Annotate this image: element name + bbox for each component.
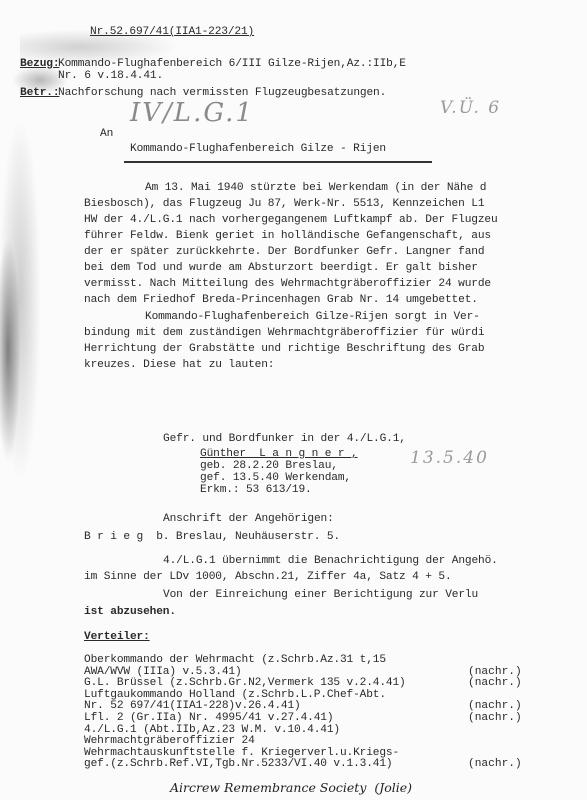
- notify-line-2: im Sinne der LDv 1000, Abschn.21, Ziffer…: [84, 571, 452, 584]
- distribution-item-note: (nachr.): [468, 712, 522, 725]
- an-label: An: [100, 128, 113, 141]
- inscription-line-1: Gefr. und Bordfunker in der 4./L.G.1,: [163, 433, 406, 446]
- handwritten-recipient: IV/L.G.1: [130, 98, 254, 128]
- body-line: der er später zurückkehrte. Der Bordfunk…: [84, 246, 484, 259]
- body-line: Am 13. Mai 1940 stürzte bei Werkendam (i…: [145, 182, 486, 195]
- body-line: vermisst. Nach Mitteilung des Wehrmachtg…: [84, 278, 491, 291]
- body-line: bei dem Tod und wurde am Absturzort beer…: [84, 262, 478, 275]
- bezug-label: Bezug:: [20, 58, 59, 71]
- inscription-erkm: Erkm.: 53 613/19.: [200, 484, 312, 497]
- relatives-label: Anschrift der Angehörigen:: [163, 513, 334, 526]
- handwritten-note-right: V.Ü. 6: [440, 98, 501, 118]
- scan-shadow-left: [0, 0, 80, 800]
- body-line: Biesbosch), das Flugzeug Ju 87, Werk-Nr.…: [84, 198, 484, 211]
- handwritten-margin-note: 13.5.40: [410, 448, 489, 468]
- recipient-underline: [124, 161, 432, 163]
- distribution-item-note: (nachr.): [468, 677, 522, 690]
- distribution-item-text: gef.(z.Schrb.Ref.VI,Tgb.Nr.5233/VI.40 v.…: [84, 758, 393, 771]
- footer-credit: Aircrew Remembrance Society (Jolie): [170, 780, 412, 795]
- body-line: bindung mit dem zuständigen Wehrmachtgrä…: [84, 327, 484, 340]
- document-reference: Nr.52.697/41(IIA1-223/21): [90, 26, 254, 39]
- betr-label: Betr.:: [20, 87, 59, 100]
- body-line: nach dem Friedhof Breda-Princenhagen Gra…: [84, 294, 478, 307]
- distribution-item-note: (nachr.): [468, 758, 522, 771]
- document-page: Nr.52.697/41(IIA1-223/21) Bezug: Kommand…: [0, 0, 587, 800]
- correction-line-1: Von der Einreichung einer Berichtigung z…: [163, 589, 478, 602]
- relatives-address: B r i e g b. Breslau, Neuhäuserstr. 5.: [84, 531, 340, 544]
- notify-line-1: 4./L.G.1 übernimmt die Benachrichtigung …: [163, 555, 498, 568]
- body-line: HW der 4./L.G.1 nach vorhergegangenem Lu…: [84, 214, 498, 227]
- distribution-label: Verteiler:: [84, 631, 150, 644]
- correction-line-2: ist abzusehen.: [84, 606, 176, 619]
- body-line: Herrichtung der Grabstätte und richtige …: [84, 343, 484, 356]
- body-line: Kommando-Flughafenbereich Gilze-Rijen so…: [145, 311, 480, 324]
- bezug-line-2: Nr. 6 v.18.4.41.: [58, 70, 163, 83]
- body-line: führer Feldw. Bienk geriet in holländisc…: [84, 230, 491, 243]
- body-line: kreuzes. Diese hat zu lauten:: [84, 359, 274, 372]
- recipient: Kommando-Flughafenbereich Gilze - Rijen: [130, 143, 386, 156]
